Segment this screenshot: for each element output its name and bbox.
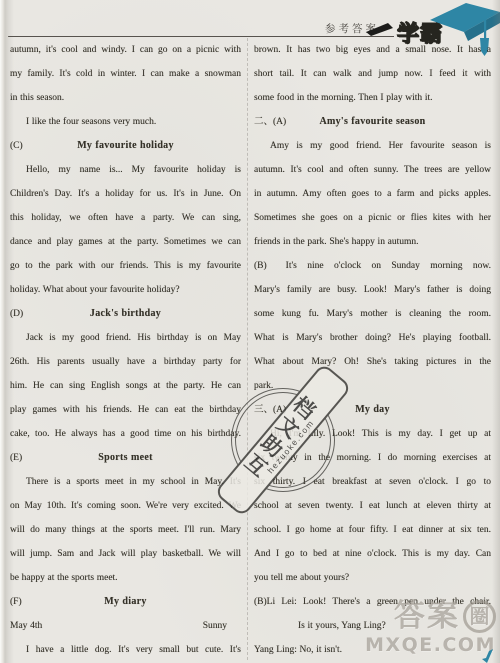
section-marker: (E): [10, 446, 22, 470]
section-heading: (C)My favourite holiday: [10, 134, 241, 158]
text-line: go to the park with our friends. This is…: [10, 254, 241, 278]
text-line: in autumn. Amy often goes to a farm and …: [254, 182, 491, 206]
text-line: this holiday, we often have a party. We …: [10, 206, 241, 230]
watermark-brand-line: 答案 圈: [365, 600, 496, 633]
section-heading: 二、(A)Amy's favourite season: [254, 110, 491, 134]
section-marker: 二、(A): [254, 110, 286, 134]
text-line: school at seven twenty. I eat lunch at e…: [254, 494, 491, 518]
text-line: my family. It's cold in winter. I can ma…: [10, 62, 241, 86]
page-right-edge-shading: [492, 0, 500, 663]
text-line: will jump. Sam and Jack will play basket…: [10, 542, 241, 566]
header-rule: [8, 36, 394, 37]
scanned-answer-page: 参考答案 学霸 autumn, it's cool and windy. I c…: [0, 0, 500, 663]
answer-circle-watermark: 答案 圈 MXQE.COM: [365, 600, 496, 657]
text-line: 26th. His parents usually have a birthda…: [10, 350, 241, 374]
pen-stroke-icon: [366, 23, 394, 37]
section-title: My diary: [10, 590, 241, 614]
text-line: What about Mary? Oh! She's taking pictur…: [254, 350, 491, 374]
text-line: be happy at the sports meet.: [10, 566, 241, 590]
section-marker: (C): [10, 134, 23, 158]
text-line: friends in the park. She's happy in autu…: [254, 230, 491, 254]
section-heading: (F)My diary: [10, 590, 241, 614]
text-line: some food in the morning. Then I play wi…: [254, 86, 491, 110]
text-line: There is a sports meet in my school in M…: [10, 470, 241, 494]
text-line: play games with his friends. He can eat …: [10, 398, 241, 422]
text-line: dance and play games at the party. Somet…: [10, 230, 241, 254]
text-line: Sometimes she goes on a picnic or flies …: [254, 206, 491, 230]
text-line: (B) It's nine o'clock on Sunday morning …: [254, 254, 491, 278]
text-line: I like the four seasons very much.: [10, 110, 241, 134]
column-divider: [247, 38, 248, 660]
watermark-brand-text: 答案: [394, 601, 460, 632]
text-line: Hello, my name is... My favourite holida…: [10, 158, 241, 182]
text-line: some kung fu. Mary's mother is cleaning …: [254, 302, 491, 326]
text-line: will do many things at the sports meet. …: [10, 518, 241, 542]
watermark-circle-char: 圈: [463, 600, 496, 633]
text-line: on May 10th. It's coming soon. We're ver…: [10, 494, 241, 518]
text-line: cake, too. He always has a good time on …: [10, 422, 241, 446]
text-line: brown. It has two big eyes and a small n…: [254, 38, 491, 62]
section-marker: (F): [10, 590, 22, 614]
diary-date: May 4th: [10, 614, 42, 638]
left-column: autumn, it's cool and windy. I can go on…: [10, 38, 241, 662]
section-title: My favourite holiday: [10, 134, 241, 158]
text-line: Amy is my good friend. Her favourite sea…: [254, 134, 491, 158]
text-line: autumn. It's cool and often sunny. The t…: [254, 158, 491, 182]
text-line: Children's Day. It's a holiday for us. I…: [10, 182, 241, 206]
diary-meta-line: May 4thSunny: [10, 614, 241, 638]
text-line: Jack is my good friend. His birthday is …: [10, 326, 241, 350]
text-line: I have a little dog. It's very small but…: [10, 638, 241, 662]
section-title: Sports meet: [10, 446, 241, 470]
section-title: Jack's birthday: [10, 302, 241, 326]
watermark-site-url: MXQE.COM: [365, 634, 496, 657]
corner-accent-icon: [480, 649, 494, 663]
right-column: brown. It has two big eyes and a small n…: [254, 38, 491, 662]
section-heading: (D)Jack's birthday: [10, 302, 241, 326]
section-title: Amy's favourite season: [254, 110, 491, 134]
stamp-watermark: 互助文档 hezuoke.com: [231, 388, 335, 492]
text-line: And I go to bed at nine o'clock. This is…: [254, 542, 491, 566]
text-line: in this season.: [10, 86, 241, 110]
text-line: school. I go home at four fifty. I eat d…: [254, 518, 491, 542]
section-marker: (D): [10, 302, 23, 326]
text-line: you tell me about yours?: [254, 566, 491, 590]
diary-weather: Sunny: [203, 614, 241, 638]
text-line: What is Mary's brother doing? He's playi…: [254, 326, 491, 350]
text-line: him. He can sing English songs at the pa…: [10, 374, 241, 398]
text-line: Mary's family are busy. Look! Mary's fat…: [254, 278, 491, 302]
section-heading: (E)Sports meet: [10, 446, 241, 470]
text-line: holiday. What about your favourite holid…: [10, 278, 241, 302]
text-line: autumn, it's cool and windy. I can go on…: [10, 38, 241, 62]
text-line: short tail. It can walk and jump now. I …: [254, 62, 491, 86]
